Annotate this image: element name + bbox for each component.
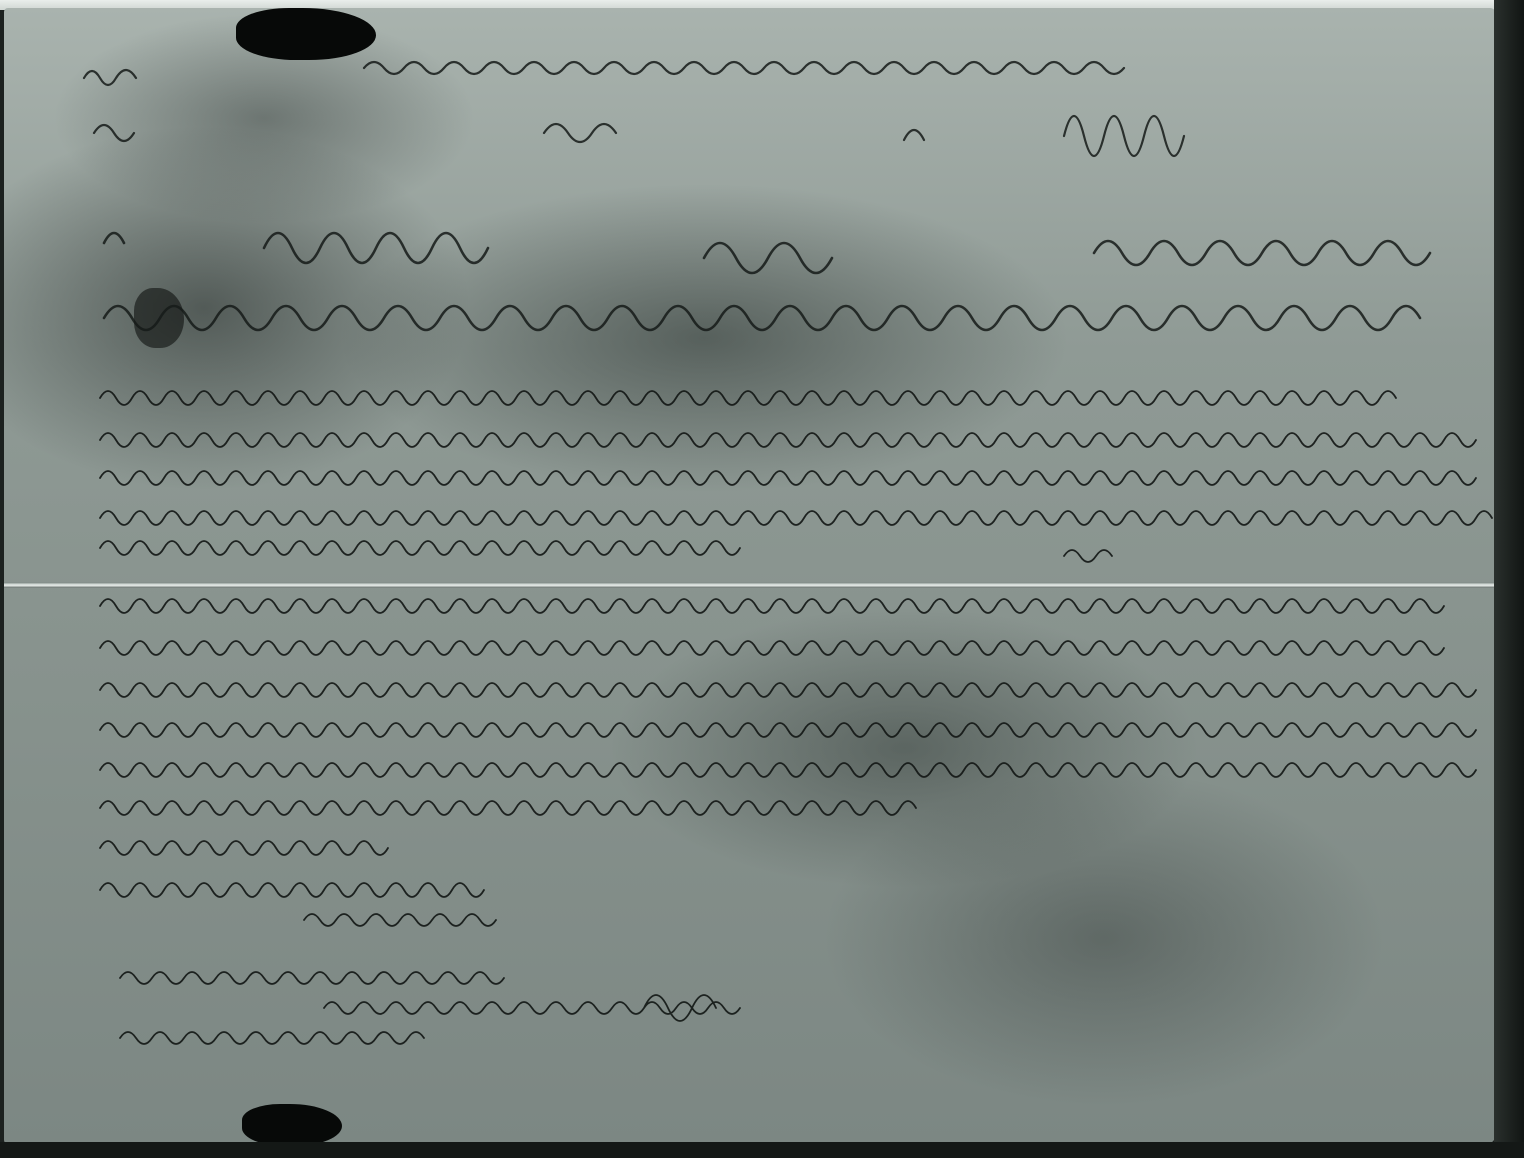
- closing-line: [120, 1032, 424, 1044]
- closing-line: [324, 995, 740, 1021]
- header-line-2: [94, 116, 1184, 156]
- background-bottom: [0, 1142, 1524, 1158]
- salutation-line-1: [104, 233, 1430, 273]
- background-right: [1494, 0, 1524, 1158]
- body-lower-line: [100, 723, 1476, 737]
- body-lower-line: [100, 763, 1476, 777]
- closing-line: [304, 914, 496, 926]
- handwriting-strokes: [4, 8, 1496, 1144]
- header-line-1: [84, 62, 1124, 85]
- body-lower-line: [100, 841, 388, 855]
- body-lower-line: [100, 883, 484, 897]
- body-upper-line: [100, 433, 1476, 447]
- body-lower-line: [100, 599, 1444, 613]
- body-upper-line: [100, 391, 1396, 405]
- closing-line: [120, 972, 504, 984]
- salutation-line-2: [104, 306, 1420, 330]
- body-lower-line: [100, 641, 1444, 655]
- body-lower-line: [100, 683, 1476, 697]
- body-upper-line: [100, 471, 1476, 485]
- body-lower-line: [100, 801, 916, 815]
- body-upper-line: [100, 511, 1492, 525]
- manuscript-sheet: handwritten manuscript photograph Sinhal…: [4, 8, 1496, 1144]
- body-upper-line: [100, 541, 1112, 562]
